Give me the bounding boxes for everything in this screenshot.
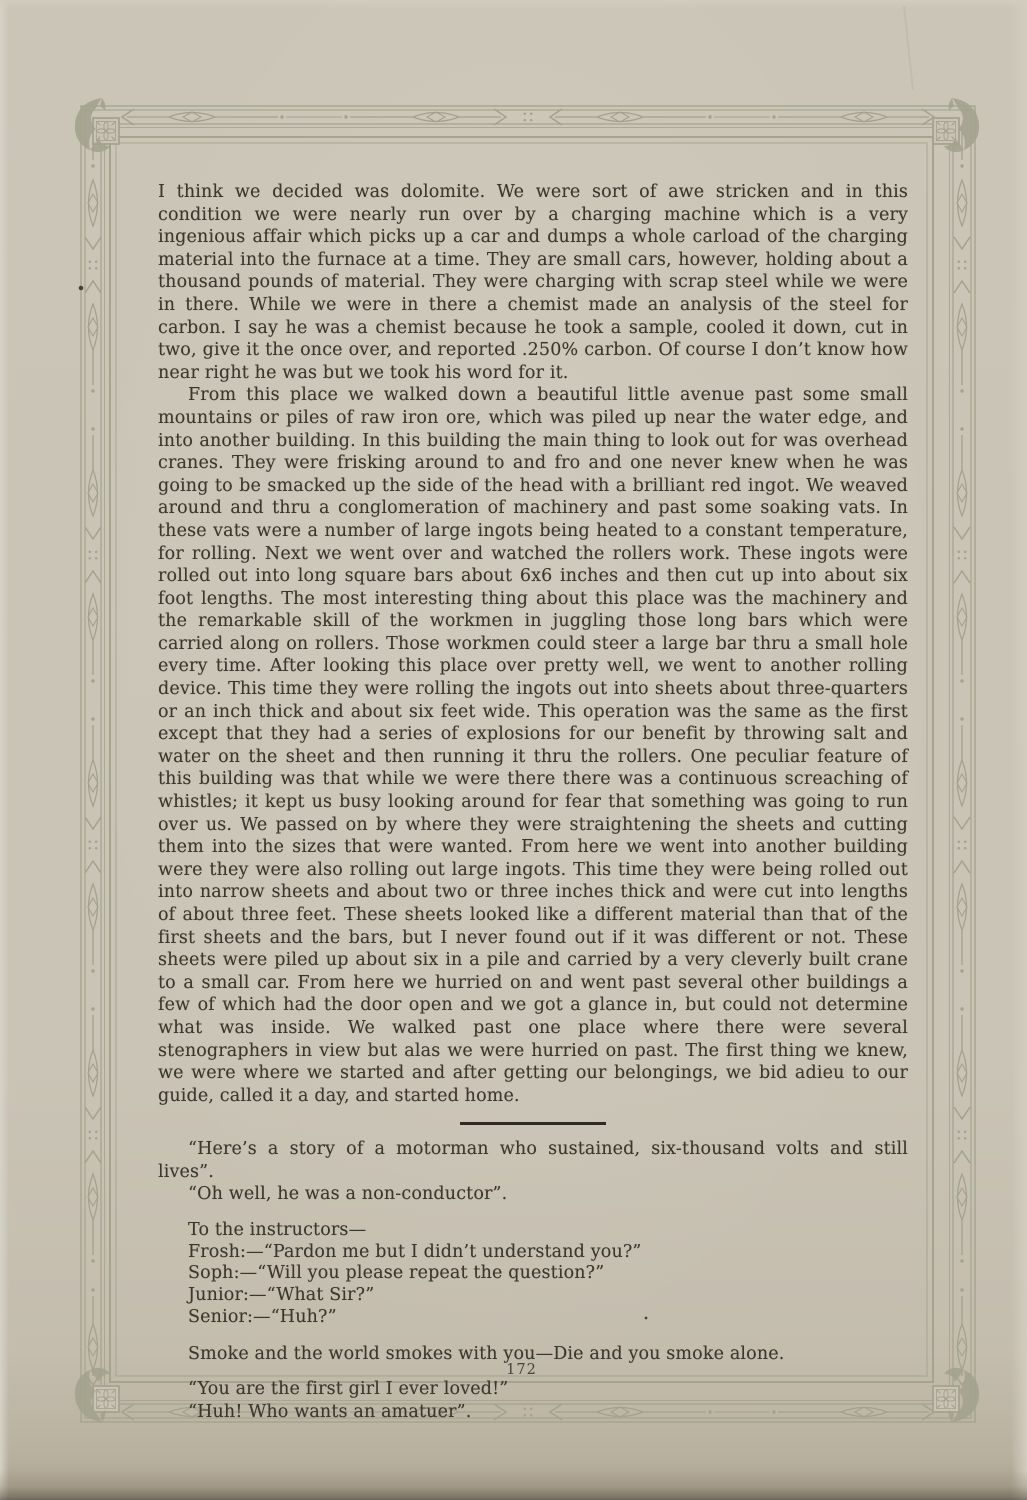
body-paragraph-1: I think we decided was dolomite. We were… (158, 181, 908, 384)
instructors-heading: To the instructors— (188, 1220, 908, 1242)
amatuer-line: “Huh! Who wants an amatuer”. (188, 1401, 908, 1423)
first-girl-line: “You are the first girl I ever loved!” (188, 1378, 908, 1400)
instructors-soph-line: Soph:—“Will you please repeat the questi… (188, 1263, 908, 1285)
separator-rule (460, 1122, 606, 1125)
joke-instructors-block: To the instructors— Frosh:—“Pardon me bu… (188, 1220, 908, 1329)
scanned-book-page: I think we decided was dolomite. We were… (0, 0, 1027, 1500)
body-paragraph-2: From this place we walked down a beautif… (158, 384, 908, 1107)
joke-motorman: “Here’s a story of a motorman who sustai… (158, 1138, 908, 1183)
instructors-junior-line: Junior:—“What Sir?” (188, 1285, 908, 1307)
joke-first-girl-block: “You are the first girl I ever loved!” “… (188, 1378, 908, 1423)
joke-conductor: “Oh well, he was a non-conductor”. (158, 1183, 908, 1206)
instructors-senior-line: Senior:—“Huh?” (188, 1307, 908, 1329)
page-number: 172 (110, 1362, 933, 1378)
instructors-frosh-line: Frosh:—“Pardon me but I didn’t understan… (188, 1242, 908, 1264)
page-text: I think we decided was dolomite. We were… (158, 181, 908, 1423)
